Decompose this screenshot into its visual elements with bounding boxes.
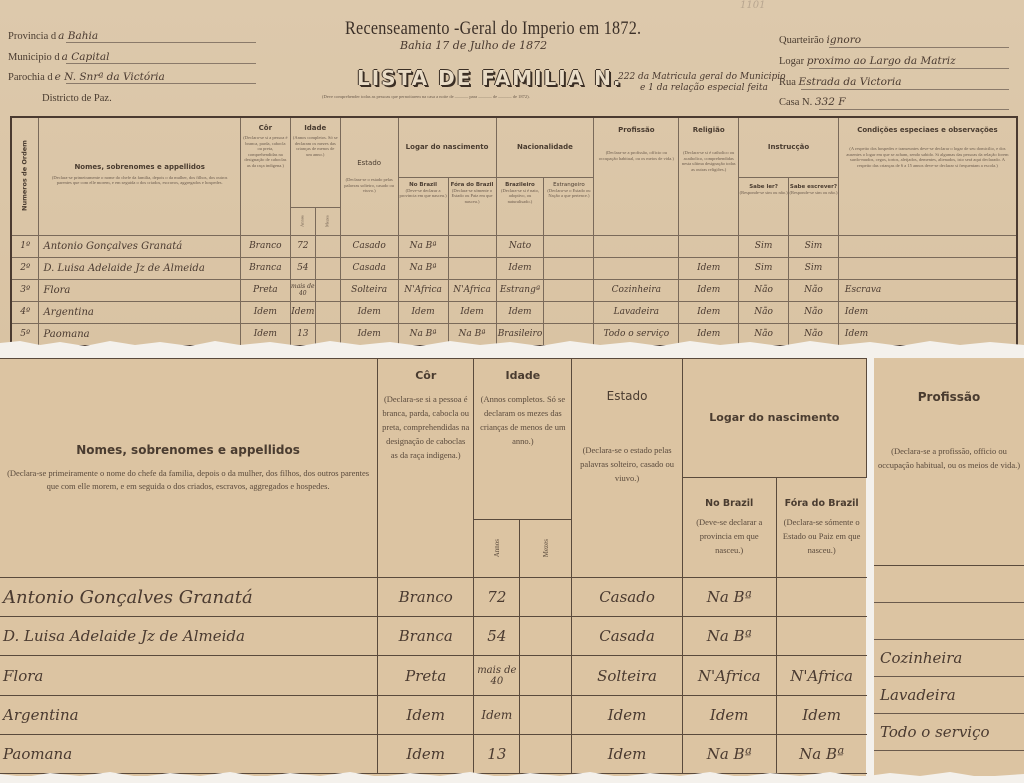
zoom-col-header-logar-nascimento: Logar do nascimento bbox=[682, 359, 866, 478]
census-table-zoomed: Nomes, sobrenomes e appellidos (Declara-… bbox=[0, 358, 867, 774]
zoom-nomes-desc: (Declara-se primeiramente o nome do chef… bbox=[0, 457, 377, 493]
zoom-cell-estado: Casada bbox=[572, 617, 682, 656]
provincia-field: Provincia da Bahia bbox=[8, 30, 98, 42]
cell-religiao bbox=[679, 235, 739, 257]
zoom-cell-profissao: Todo o serviço bbox=[874, 714, 1024, 751]
cell-ordem: 2º bbox=[11, 257, 39, 279]
quarteirao-field: Quarteirão ignoro bbox=[779, 34, 861, 46]
col-header-annos: Annos bbox=[290, 207, 315, 235]
zoom-cell-profissao: Cozinheira bbox=[874, 640, 1024, 677]
zoom-cell-mezes bbox=[520, 734, 572, 773]
zoom-table-row-4: Argentina Idem Idem Idem Idem Idem bbox=[0, 695, 867, 734]
lista-instructions: (Deve comprehender todas as pessoas que … bbox=[322, 94, 530, 99]
cell-no-brazil: N'Africa bbox=[398, 279, 448, 301]
cell-condicoes: Idem bbox=[838, 301, 1017, 323]
zoom-profissao-title: Profissão bbox=[874, 358, 1024, 404]
zoom-table-row-2: D. Luisa Adelaide Jz de Almeida Branca 5… bbox=[0, 617, 867, 656]
zoom-fora-brazil-desc: (Declara-se sómente o Estado ou Paiz em … bbox=[777, 509, 867, 557]
zoom-idade-desc: (Annos completos. Só se declaram os meze… bbox=[474, 382, 571, 448]
zoom-table-row-3: Flora Preta mais de 40 Solteira N'Africa… bbox=[0, 656, 867, 695]
cell-annos: Idem bbox=[290, 301, 315, 323]
estado-desc: (Declara-se o estado pelas palavras solt… bbox=[341, 167, 398, 194]
archive-stamp: 1101 bbox=[740, 0, 765, 11]
zoom-cell-cor: Idem bbox=[378, 695, 474, 734]
municipio-label: Municipio d bbox=[8, 52, 60, 63]
col-header-condicoes: Condições especiaes e observações (A res… bbox=[838, 117, 1017, 235]
col-header-sabe-ler: Sabe ler? (Responde-se sim ou não.) bbox=[739, 177, 789, 235]
cell-condicoes bbox=[838, 235, 1017, 257]
cell-sabe-escrever: Sim bbox=[789, 235, 839, 257]
zoom-cell-no-brazil: Na Bª bbox=[682, 734, 776, 773]
cell-estrangeiro bbox=[544, 301, 594, 323]
zoom-cell-annos: 13 bbox=[474, 734, 520, 773]
col-header-no-brazil: No Brazil (Deve-se declarar a provincia … bbox=[398, 177, 448, 235]
zoom-cell-fora-brazil bbox=[776, 617, 866, 656]
cell-ordem: 3º bbox=[11, 279, 39, 301]
municipio-field: Municipio da Capital bbox=[8, 51, 109, 63]
torn-edge-divider bbox=[0, 339, 1024, 353]
zoom-cell-profissao bbox=[874, 603, 1024, 640]
table-row-2: 2º D. Luisa Adelaide Jz de Almeida Branc… bbox=[11, 257, 1017, 279]
zoom-table-row-1: Antonio Gonçalves Granatá Branco 72 Casa… bbox=[0, 578, 867, 617]
col-header-fora-brazil: Fóra do Brazil (Declara-se sómente o Est… bbox=[448, 177, 496, 235]
cell-sabe-ler: Sim bbox=[739, 235, 789, 257]
lista-note: e 1 da relação especial feita bbox=[640, 83, 768, 93]
religiao-title: Religião bbox=[679, 126, 738, 134]
cor-desc: (Declara-se si a pessoa é branca, parda,… bbox=[241, 132, 290, 171]
estrangeiro-desc: (Declara-se o Estado ou Nação a que pert… bbox=[544, 188, 593, 199]
zoom-cell-cor: Preta bbox=[378, 656, 474, 695]
districto-label: Districto de Paz. bbox=[42, 93, 112, 104]
cell-profissao: Cozinheira bbox=[594, 279, 679, 301]
no-brazil-desc: (Deve-se declarar a provincia em que nas… bbox=[399, 188, 448, 199]
zoom-col-header-mezes: Mezes bbox=[520, 519, 572, 577]
zoom-cell-mezes bbox=[520, 578, 572, 617]
nomes-desc: (Declara-se primeiramente o nome do chef… bbox=[39, 171, 239, 190]
districto-field: Districto de Paz. bbox=[42, 93, 112, 104]
lista-number: 222 da Matricula geral do Municipio bbox=[618, 72, 786, 82]
sabe-escrever-title: Sabe escrever? bbox=[789, 184, 838, 190]
lista-familia-heading: LISTA DE FAMILIA N. bbox=[357, 66, 623, 90]
condicoes-title: Condições especiaes e observações bbox=[839, 126, 1016, 134]
zoom-cell-nome: D. Luisa Adelaide Jz de Almeida bbox=[0, 617, 378, 656]
zoom-fora-brazil-title: Fóra do Brazil bbox=[777, 498, 867, 509]
table-row-3: 3º Flora Preta mais de 40 Solteira N'Afr… bbox=[11, 279, 1017, 301]
zoom-col-header-estado: Estado (Declara-se o estado pelas palavr… bbox=[572, 359, 682, 578]
condicoes-desc: (A respeito dos hospedes e transeuntes d… bbox=[839, 134, 1016, 168]
cor-title: Côr bbox=[241, 124, 290, 132]
zoom-cell-cor: Branca bbox=[378, 617, 474, 656]
profissao-desc: (Declara-se a profissão, officio ou occu… bbox=[594, 134, 678, 161]
cell-fora-brazil bbox=[448, 235, 496, 257]
casa-label: Casa N. bbox=[779, 97, 812, 108]
parochia-label: Parochia d bbox=[8, 72, 53, 83]
torn-edge-bottom bbox=[0, 770, 1024, 783]
zoom-cell-estado: Casado bbox=[572, 578, 682, 617]
zoom-cell-fora-brazil: Na Bª bbox=[776, 734, 866, 773]
cell-fora-brazil: N'Africa bbox=[448, 279, 496, 301]
brazileiro-desc: (Declara-se si é nato, adoptivo, ou natu… bbox=[497, 188, 544, 205]
col-header-ordem: Numeros de Ordem bbox=[11, 117, 39, 235]
cell-no-brazil: Na Bª bbox=[398, 257, 448, 279]
date-handwritten: Bahia 17 de Julho de 1872 bbox=[400, 39, 547, 52]
zoom-cell-nome: Antonio Gonçalves Granatá bbox=[0, 578, 378, 617]
zoom-cell-fora-brazil: N'Africa bbox=[776, 656, 866, 695]
col-header-estrangeiro: Estrangeiro (Declara-se o Estado ou Naçã… bbox=[544, 177, 594, 235]
cell-cor: Branca bbox=[240, 257, 290, 279]
cell-profissao: Lavadeira bbox=[594, 301, 679, 323]
fora-brazil-desc: (Declara-se sómente o Estado ou Paiz em … bbox=[449, 188, 496, 205]
zoom-estado-title: Estado bbox=[572, 389, 681, 403]
col-header-logar-nascimento: Logar do nascimento bbox=[398, 117, 496, 177]
cell-religiao: Idem bbox=[679, 301, 739, 323]
col-header-estado: Estado (Declara-se o estado pelas palavr… bbox=[340, 117, 398, 235]
zoom-cell-annos: 72 bbox=[474, 578, 520, 617]
zoom-cell-nome: Paomana bbox=[0, 734, 378, 773]
zoom-estado-desc: (Declara-se o estado pelas palavras solt… bbox=[572, 403, 681, 485]
cell-estado: Idem bbox=[340, 301, 398, 323]
zoom-cell-annos: Idem bbox=[474, 695, 520, 734]
zoom-profissao-desc: (Declara-se a profissão, officio ou occu… bbox=[874, 404, 1024, 472]
zoom-cell-profissao: Lavadeira bbox=[874, 677, 1024, 714]
quarteirao-label: Quarteirão bbox=[779, 35, 824, 46]
zoom-cor-desc: (Declara-se si a pessoa é branca, parda,… bbox=[378, 382, 473, 462]
col-header-mezes: Mezes bbox=[315, 207, 340, 235]
census-sheet-zoomed: Nomes, sobrenomes e appellidos (Declara-… bbox=[0, 358, 866, 776]
cell-profissao bbox=[594, 235, 679, 257]
zoom-cell-no-brazil: Idem bbox=[682, 695, 776, 734]
sabe-escrever-desc: (Responde-se sim ou não.) bbox=[789, 190, 838, 196]
document-title: Recenseamento -Geral do Imperio em 1872. bbox=[345, 18, 641, 40]
zoom-cell-cor: Idem bbox=[378, 734, 474, 773]
zoom-cell-estado: Idem bbox=[572, 734, 682, 773]
cell-nome: Antonio Gonçalves Granatá bbox=[39, 235, 240, 257]
zoom-cell-profissao bbox=[874, 566, 1024, 603]
cell-estrangeiro bbox=[544, 235, 594, 257]
mezes-label: Mezes bbox=[539, 539, 553, 557]
col-header-brazileiro: Brazileiro (Declara-se si é nato, adopti… bbox=[496, 177, 544, 235]
zoom-cell-no-brazil: N'Africa bbox=[682, 656, 776, 695]
zoom-cell-nome: Argentina bbox=[0, 695, 378, 734]
zoom-cell-nome: Flora bbox=[0, 656, 378, 695]
census-table-top: Numeros de Ordem Nomes, sobrenomes e app… bbox=[10, 116, 1018, 347]
cell-nome: Flora bbox=[39, 279, 240, 301]
col-header-nacionalidade: Nacionalidade bbox=[496, 117, 594, 177]
zoom-col-header-annos: Annos bbox=[474, 519, 520, 577]
cell-brazileiro: Nato bbox=[496, 235, 544, 257]
zoom-cell-fora-brazil: Idem bbox=[776, 695, 866, 734]
cell-religiao: Idem bbox=[679, 257, 739, 279]
cell-ordem: 4º bbox=[11, 301, 39, 323]
cell-fora-brazil bbox=[448, 257, 496, 279]
municipio-value: a Capital bbox=[62, 51, 110, 63]
sabe-ler-desc: (Responde-se sim ou não.) bbox=[739, 190, 788, 196]
col-header-idade: Idade (Annos completos. Só se declaram o… bbox=[290, 117, 340, 207]
cell-cor: Branco bbox=[240, 235, 290, 257]
cell-estrangeiro bbox=[544, 257, 594, 279]
cell-no-brazil: Na Bª bbox=[398, 235, 448, 257]
zoom-cell-estado: Solteira bbox=[572, 656, 682, 695]
provincia-label: Provincia d bbox=[8, 31, 56, 42]
census-sheet-profissao-fragment: Profissão (Declara-se a profissão, offic… bbox=[874, 358, 1024, 776]
cell-sabe-ler: Não bbox=[739, 301, 789, 323]
nomes-title: Nomes, sobrenomes e appellidos bbox=[39, 163, 239, 171]
zoom-cell-cor: Branco bbox=[378, 578, 474, 617]
col-header-religiao: Religião (Declara-se si é catholico ou a… bbox=[679, 117, 739, 235]
parochia-value: e N. Snrª da Victória bbox=[55, 71, 165, 83]
table-row-4: 4º Argentina Idem Idem Idem Idem Idem Id… bbox=[11, 301, 1017, 323]
cell-sabe-escrever: Não bbox=[789, 279, 839, 301]
col-header-nomes: Nomes, sobrenomes e appellidos (Declara-… bbox=[39, 117, 240, 235]
quarteirao-value: ignoro bbox=[827, 34, 862, 46]
cell-nome: Argentina bbox=[39, 301, 240, 323]
cell-mezes bbox=[315, 279, 340, 301]
cell-religiao: Idem bbox=[679, 279, 739, 301]
logar-value: proximo ao Largo da Matriz bbox=[807, 55, 956, 67]
rua-value: Estrada da Victoria bbox=[799, 76, 902, 88]
estado-title: Estado bbox=[341, 159, 398, 167]
zoom-cell-mezes bbox=[520, 656, 572, 695]
col-header-profissao: Profissão (Declara-se a profissão, offic… bbox=[594, 117, 679, 235]
zoom-cell-mezes bbox=[520, 617, 572, 656]
zoom-col-header-profissao: Profissão (Declara-se a profissão, offic… bbox=[874, 358, 1024, 566]
cell-annos: 72 bbox=[290, 235, 315, 257]
census-sheet-full: 1101 Provincia da Bahia Municipio da Cap… bbox=[0, 0, 1024, 345]
cell-cor: Preta bbox=[240, 279, 290, 301]
cell-cor: Idem bbox=[240, 301, 290, 323]
cell-estrangeiro bbox=[544, 279, 594, 301]
casa-field: Casa N. 332 F bbox=[779, 96, 846, 108]
cell-brazileiro: Estrangª bbox=[496, 279, 544, 301]
table-row-1: 1º Antonio Gonçalves Granatá Branco 72 C… bbox=[11, 235, 1017, 257]
parochia-field: Parochia de N. Snrª da Victória bbox=[8, 71, 165, 83]
col-header-instruccao: Instrucção bbox=[739, 117, 839, 177]
col-header-cor: Côr (Declara-se si a pessoa é branca, pa… bbox=[240, 117, 290, 235]
cell-fora-brazil: Idem bbox=[448, 301, 496, 323]
cell-sabe-ler: Não bbox=[739, 279, 789, 301]
zoom-col-header-fora-brazil: Fóra do Brazil (Declara-se sómente o Est… bbox=[776, 477, 866, 578]
idade-title: Idade bbox=[291, 124, 340, 132]
zoom-table-row-5: Paomana Idem 13 Idem Na Bª Na Bª bbox=[0, 734, 867, 773]
logar-label: Logar bbox=[779, 56, 804, 67]
cell-brazileiro: Idem bbox=[496, 301, 544, 323]
cell-brazileiro: Idem bbox=[496, 257, 544, 279]
cell-no-brazil: Idem bbox=[398, 301, 448, 323]
col-header-sabe-escrever: Sabe escrever? (Responde-se sim ou não.) bbox=[789, 177, 839, 235]
cell-nome: D. Luisa Adelaide Jz de Almeida bbox=[39, 257, 240, 279]
cell-annos: 54 bbox=[290, 257, 315, 279]
zoom-cell-estado: Idem bbox=[572, 695, 682, 734]
zoom-cell-annos: mais de 40 bbox=[474, 656, 520, 695]
cell-sabe-escrever: Sim bbox=[789, 257, 839, 279]
provincia-value: a Bahia bbox=[58, 30, 98, 42]
zoom-cell-no-brazil: Na Bª bbox=[682, 617, 776, 656]
cell-estado: Casada bbox=[340, 257, 398, 279]
cell-ordem: 1º bbox=[11, 235, 39, 257]
cell-sabe-escrever: Não bbox=[789, 301, 839, 323]
zoom-nomes-title: Nomes, sobrenomes e appellidos bbox=[0, 443, 377, 457]
religiao-desc: (Declara-se si é catholico ou acatholico… bbox=[679, 134, 738, 172]
cell-estado: Solteira bbox=[340, 279, 398, 301]
zoom-col-header-cor: Côr (Declara-se si a pessoa é branca, pa… bbox=[378, 359, 474, 578]
rua-field: Rua Estrada da Victoria bbox=[779, 76, 902, 88]
annos-label: Annos bbox=[490, 539, 504, 557]
idade-desc: (Annos completos. Só se declaram os meze… bbox=[291, 132, 340, 160]
cell-mezes bbox=[315, 235, 340, 257]
rua-label: Rua bbox=[779, 77, 796, 88]
zoom-col-header-idade: Idade (Annos completos. Só se declaram o… bbox=[474, 359, 572, 520]
zoom-idade-title: Idade bbox=[474, 369, 571, 382]
zoom-cell-fora-brazil bbox=[776, 578, 866, 617]
zoom-no-brazil-desc: (Deve-se declarar a provincia em que nas… bbox=[683, 509, 776, 557]
cell-condicoes bbox=[838, 257, 1017, 279]
zoom-cell-annos: 54 bbox=[474, 617, 520, 656]
cell-profissao bbox=[594, 257, 679, 279]
zoom-cell-no-brazil: Na Bª bbox=[682, 578, 776, 617]
logar-field: Logar proximo ao Largo da Matriz bbox=[779, 55, 956, 67]
zoom-cor-title: Côr bbox=[378, 369, 473, 382]
fora-brazil-title: Fóra do Brazil bbox=[449, 182, 496, 188]
cell-condicoes: Escrava bbox=[838, 279, 1017, 301]
cell-sabe-ler: Sim bbox=[739, 257, 789, 279]
cell-mezes bbox=[315, 257, 340, 279]
zoom-col-header-no-brazil: No Brazil (Deve-se declarar a provincia … bbox=[682, 477, 776, 578]
cell-mezes bbox=[315, 301, 340, 323]
casa-value: 332 F bbox=[815, 96, 846, 108]
zoom-no-brazil-title: No Brazil bbox=[683, 498, 776, 509]
cell-annos: mais de 40 bbox=[290, 279, 315, 301]
zoom-col-header-nomes: Nomes, sobrenomes e appellidos (Declara-… bbox=[0, 359, 378, 578]
zoom-cell-mezes bbox=[520, 695, 572, 734]
cell-estado: Casado bbox=[340, 235, 398, 257]
profissao-title: Profissão bbox=[594, 126, 678, 134]
